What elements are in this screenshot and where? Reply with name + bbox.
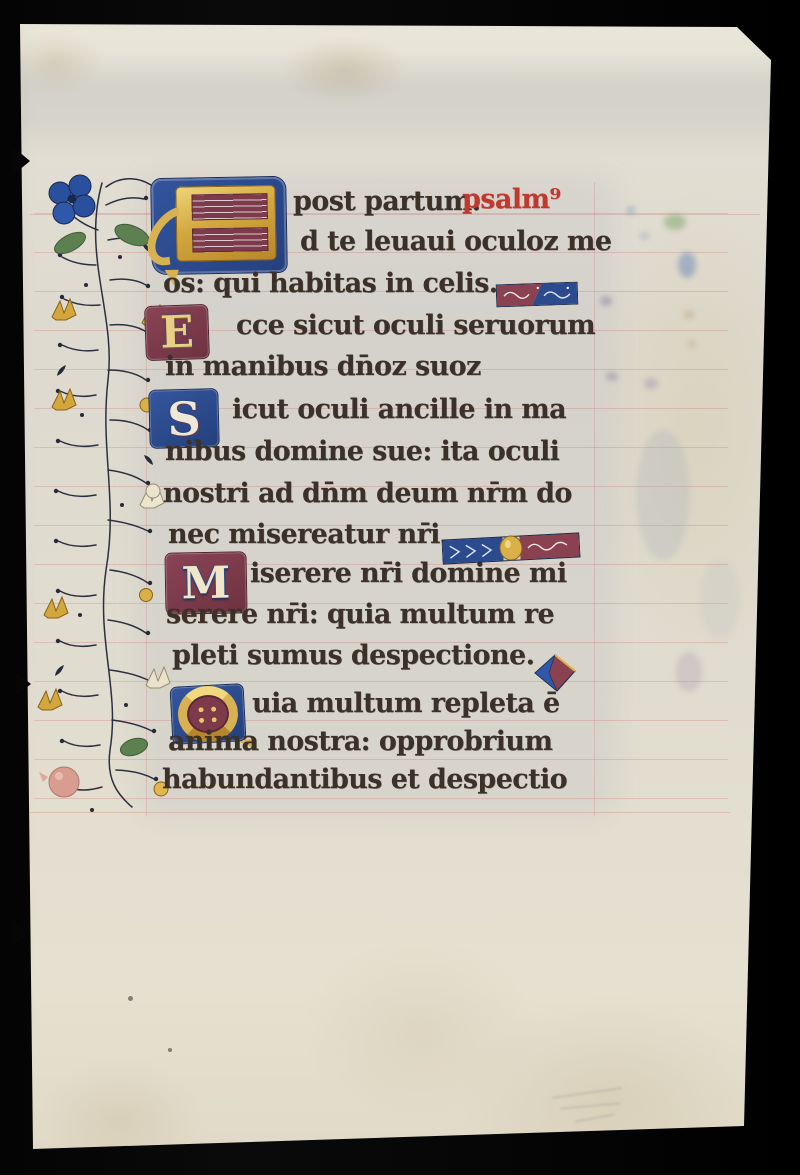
text-line: nec misereatur nr̄i xyxy=(168,521,440,548)
gold-trefoils xyxy=(38,299,170,710)
edge-notch xyxy=(12,920,29,947)
show-through-mark xyxy=(664,214,686,230)
gold-besants xyxy=(140,398,169,796)
show-through-mark xyxy=(606,372,618,381)
illuminated-initial-a: A xyxy=(151,177,287,274)
line-filler-bar-1 xyxy=(496,282,579,308)
ruling-vertical-right xyxy=(594,182,595,816)
text-line: d te leuaui oculoz me xyxy=(300,228,611,255)
ink-speck xyxy=(168,1048,172,1052)
manuscript-photo: A E S M Q post partum. psalm⁹ d te leuau… xyxy=(0,0,800,1175)
initial-a-panel xyxy=(192,227,268,252)
pink-fruit xyxy=(39,767,79,797)
text-line: uia multum repleta ē xyxy=(252,690,560,717)
pencil-smudge xyxy=(560,1102,620,1109)
show-through-mark xyxy=(700,560,740,640)
show-through-mark xyxy=(640,232,649,240)
blue-flower xyxy=(49,175,95,224)
text-line: post partum. xyxy=(293,188,480,215)
show-through-mark xyxy=(636,430,690,560)
show-through-mark xyxy=(644,378,658,389)
text-line: os: qui habitas in celis. xyxy=(163,270,498,297)
text-line: anima nostra: opprobrium xyxy=(168,728,552,755)
text-line: serere nr̄i: quia multum re xyxy=(166,601,554,628)
text-line: nibus domine sue: ita oculi xyxy=(165,438,559,465)
show-through-mark xyxy=(676,652,702,692)
diamond-line-filler xyxy=(533,653,577,693)
show-through-mark xyxy=(600,296,612,306)
pencil-smudge xyxy=(552,1087,622,1099)
initial-a-panel xyxy=(191,193,267,220)
show-through-mark xyxy=(688,340,696,348)
text-line: iserere nr̄i domine mi xyxy=(250,560,567,587)
ink-speck xyxy=(128,996,133,1001)
show-through-mark xyxy=(684,310,694,319)
pencil-smudge xyxy=(575,1114,615,1123)
vellum-page: A E S M Q post partum. psalm⁹ d te leuau… xyxy=(0,0,800,1175)
text-line: pleti sumus despectione. xyxy=(172,642,534,669)
text-line: icut oculi ancille in ma xyxy=(232,396,566,423)
rubric-psalmus: psalm⁹ xyxy=(462,186,561,213)
text-line: cce sicut oculi seruorum xyxy=(236,312,595,339)
text-line: habundantibus et despectio xyxy=(162,766,567,793)
show-through-mark xyxy=(678,252,696,278)
show-through-mark xyxy=(626,206,636,215)
text-line: nostri ad dn̄m deum nr̄m do xyxy=(163,480,572,507)
text-line: in manibus dn̄oz suoz xyxy=(165,353,481,380)
